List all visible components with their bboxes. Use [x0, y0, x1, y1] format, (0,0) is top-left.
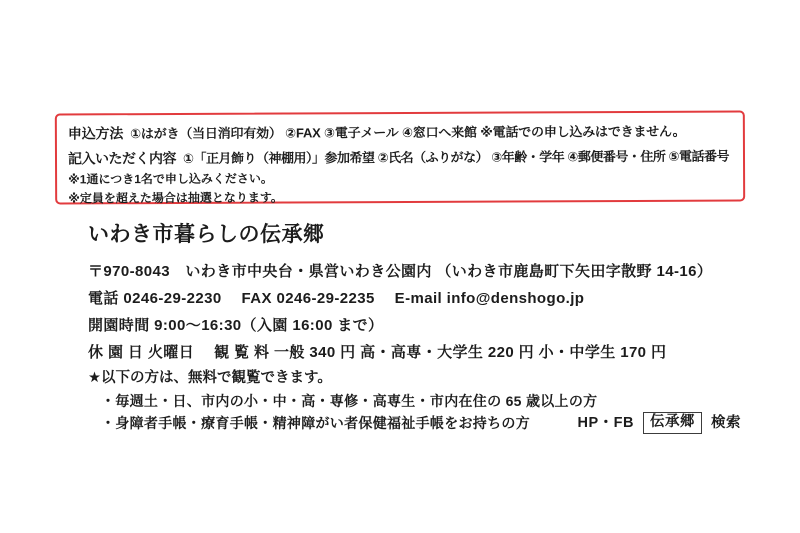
entry-content-label: 記入いただく内容	[68, 150, 176, 166]
entry-content-text: ①「正月飾り（神棚用）」参加希望 ②氏名（ふりがな） ③年齢・学年 ④郵便番号・…	[183, 149, 729, 166]
flyer-page: 申込方法①はがき（当日消印有効） ②FAX ③電子メール ④窓口へ来館 ※電話で…	[0, 0, 800, 533]
entry-content-line: 記入いただく内容①「正月飾り（神棚用）」参加希望 ②氏名（ふりがな） ③年齢・学…	[68, 146, 733, 170]
facility-hours: 開園時間 9:00～16:30（入園 16:00 まで）	[88, 312, 743, 339]
free-admission-header: ★以下の方は、無料で観覧できます。	[88, 366, 743, 390]
notice-note-1: ※1通につき1名で申し込みください。	[68, 169, 733, 189]
free-admission-item-2: ・身障者手帳・療育手帳・精神障がい者保健福祉手帳をお持ちの方	[101, 412, 530, 434]
facility-contact: 電話 0246-29-2230 FAX 0246-29-2235 E-mail …	[88, 285, 743, 312]
application-method-line: 申込方法①はがき（当日消印有効） ②FAX ③電子メール ④窓口へ来館 ※電話で…	[68, 121, 733, 145]
notice-note-2: ※定員を超えた場合は抽選となります。	[68, 188, 733, 208]
web-search-hint: HP・FB 伝承郷 検索	[578, 412, 741, 434]
search-hint-prefix: HP・FB	[578, 412, 634, 434]
facility-closed-and-fee: 休 園 日 火曜日 観 覧 料 一般 340 円 高・高専・大学生 220 円 …	[88, 339, 743, 366]
free-admission-item-1: ・毎週土・日、市内の小・中・高・専修・高専生・市内在住の 65 歳以上の方	[88, 390, 743, 412]
search-hint-suffix: 検索	[711, 412, 741, 434]
facility-name: いわき市暮らしの伝承郷	[88, 221, 743, 249]
free-admission-item-2-row: ・身障者手帳・療育手帳・精神障がい者保健福祉手帳をお持ちの方 HP・FB 伝承郷…	[88, 412, 743, 434]
facility-address: 〒970-8043 いわき市中央台・県営いわき公園内 （いわき市鹿島町下矢田字散…	[88, 258, 743, 285]
notice-box: 申込方法①はがき（当日消印有効） ②FAX ③電子メール ④窓口へ来館 ※電話で…	[55, 110, 745, 204]
facility-info: いわき市暮らしの伝承郷 〒970-8043 いわき市中央台・県営いわき公園内 （…	[88, 221, 743, 434]
application-method-text: ①はがき（当日消印有効） ②FAX ③電子メール ④窓口へ来館 ※電話での申し込…	[130, 124, 685, 141]
application-method-label: 申込方法	[68, 125, 123, 141]
search-keyword-box: 伝承郷	[643, 412, 702, 434]
